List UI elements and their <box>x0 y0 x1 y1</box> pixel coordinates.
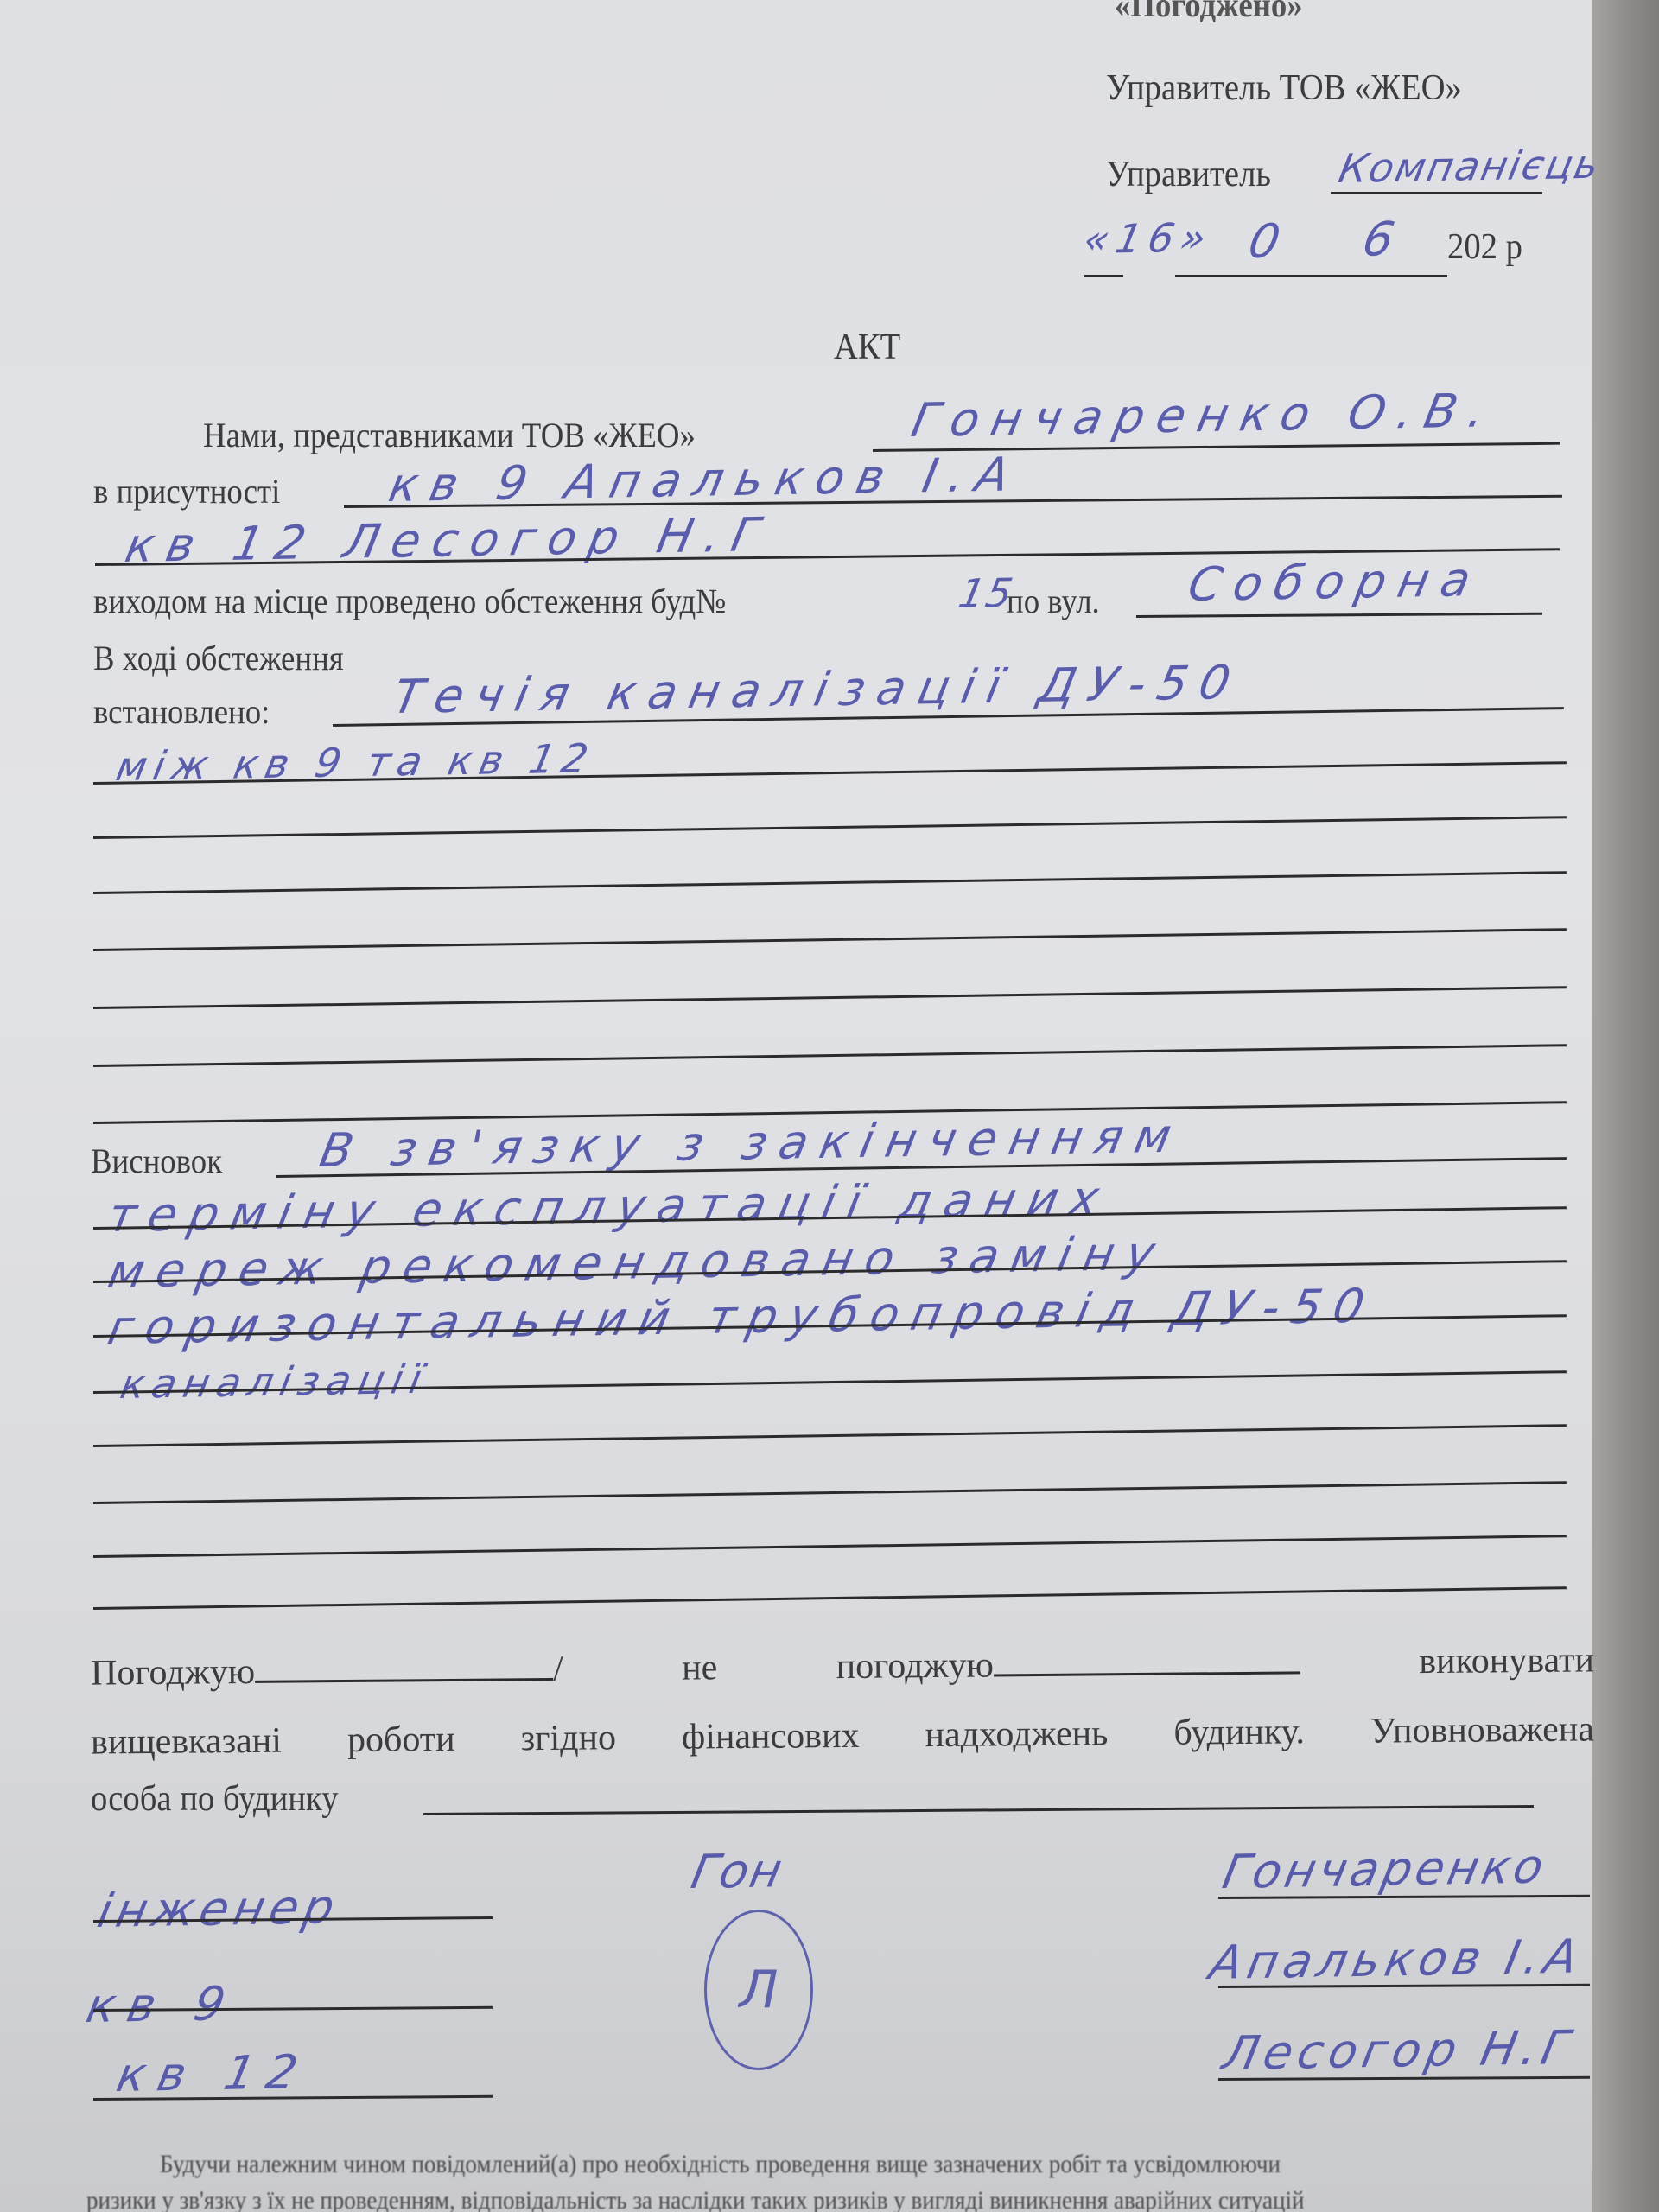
stamp-letter: Л <box>739 1960 778 2020</box>
document-title: АКТ <box>834 327 900 368</box>
representatives-value: Гончаренко О.В. <box>907 383 1502 448</box>
during-inspection-label: В ході обстеження <box>93 638 344 678</box>
word: фінансових <box>682 1715 860 1758</box>
approved-label: «Погоджено» <box>1115 0 1303 25</box>
signature-left-1: інженер <box>93 1879 344 1938</box>
disagree-label: погоджую <box>836 1642 1300 1688</box>
street-value: Соборна <box>1184 552 1487 612</box>
date-month: 0 6 <box>1244 211 1433 269</box>
word: роботи <box>347 1719 455 1761</box>
manager-signature-line <box>1331 192 1542 194</box>
manager-org-label: Управитель ТОВ «ЖЕО» <box>1106 67 1462 109</box>
not-label: не <box>682 1647 718 1688</box>
manager-signature: Компанієць <box>1335 141 1605 192</box>
signature-left-3: кв 12 <box>112 2044 314 2102</box>
background-surface <box>1592 0 1659 2212</box>
signature-left-2: кв 9 <box>82 1976 242 2033</box>
presence-label: в присутності <box>93 471 280 512</box>
footer-line-1: Будучи належним чином повідомлений(а) пр… <box>160 2150 1281 2179</box>
date-year: 202 р <box>1447 226 1522 268</box>
date-month-line <box>1175 275 1447 276</box>
representatives-label: Нами, представниками ТОВ «ЖЕО» <box>203 415 696 455</box>
signature-right-2: Апальков І.А <box>1205 1929 1587 1990</box>
stamp-mark: Л <box>704 1910 813 2070</box>
manager-label: Управитель <box>1106 154 1271 195</box>
footer-line-2: ризики у зв'язку з їх не проведенням, ві… <box>86 2186 1304 2212</box>
signature-middle: Гон <box>687 1843 788 1899</box>
word: будинку. <box>1173 1711 1305 1753</box>
inspection-label: виходом на місце проведено обстеження бу… <box>93 581 726 621</box>
date-day-line <box>1084 275 1123 276</box>
date-day: «16» <box>1080 213 1217 263</box>
perform-label: виконувати <box>1419 1639 1594 1682</box>
signature-right-1: Гончаренко <box>1218 1840 1552 1899</box>
word: надходжень <box>925 1713 1108 1756</box>
agree-label: Погоджую/ <box>91 1649 563 1694</box>
conclusion-label: Висновок <box>91 1141 222 1181</box>
conclusion-line-5: каналізації <box>117 1356 433 1408</box>
word: згідно <box>520 1717 616 1759</box>
word: вищевказані <box>91 1720 282 1764</box>
street-label: по вул. <box>1007 581 1100 621</box>
signature-right-3: Лесогор Н.Г <box>1218 2020 1579 2081</box>
word: Уповноважена <box>1370 1708 1594 1751</box>
authorized-person-label: особа по будинку <box>91 1778 339 1820</box>
found-label: встановлено: <box>93 691 270 732</box>
